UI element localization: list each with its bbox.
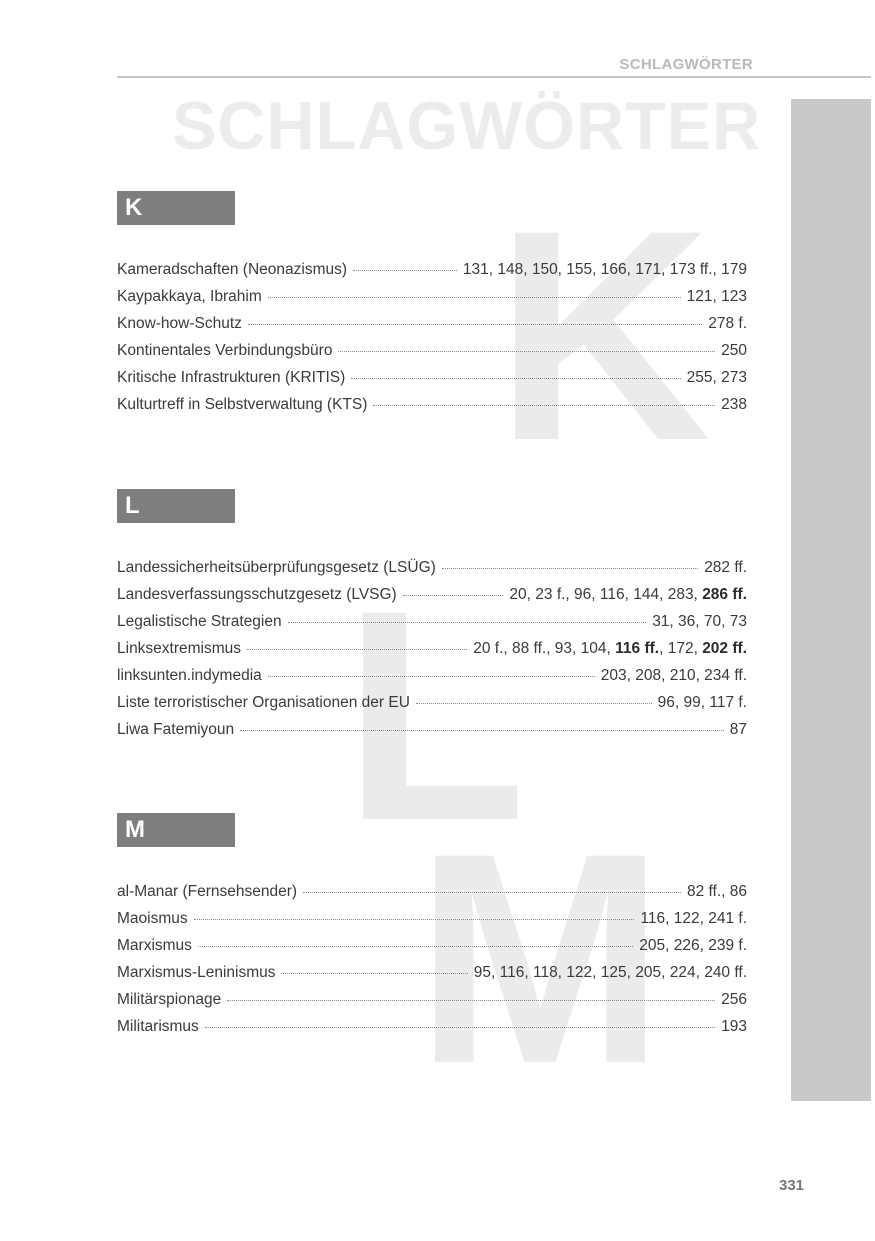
entry-term: Kameradschaften (Neonazismus) xyxy=(117,261,347,279)
entry-term: Landesverfassungsschutzgesetz (LVSG) xyxy=(117,586,397,604)
entry-term: Liste terroristischer Organisationen der… xyxy=(117,694,410,712)
section-letter-heading: K xyxy=(117,191,235,225)
index-entry: Linksextremismus20 f., 88 ff., 93, 104, … xyxy=(117,640,747,667)
page-number: 331 xyxy=(779,1177,804,1194)
chapter-title-watermark: SCHLAGWÖRTER xyxy=(172,92,761,160)
entry-page-refs: 238 xyxy=(721,396,747,414)
entry-term: linksunten.indymedia xyxy=(117,667,262,685)
entry-term: Kaypakkaya, Ibrahim xyxy=(117,288,262,306)
entry-term: Marxismus xyxy=(117,937,192,955)
entry-term: Legalistische Strategien xyxy=(117,613,282,631)
entry-term: Marxismus-Leninismus xyxy=(117,964,275,982)
index-entry: Maoismus116, 122, 241 f. xyxy=(117,910,747,937)
index-section-k: K Kameradschaften (Neonazismus)131, 148,… xyxy=(117,191,747,423)
index-section-m: M al-Manar (Fernsehsender)82 ff., 86Maoi… xyxy=(117,813,747,1045)
entry-page-refs: 31, 36, 70, 73 xyxy=(652,613,747,631)
entry-list: Kameradschaften (Neonazismus)131, 148, 1… xyxy=(117,261,747,423)
dot-leader xyxy=(268,297,681,298)
dot-leader xyxy=(227,1000,715,1001)
entry-page-refs: 250 xyxy=(721,342,747,360)
index-entry: Kaypakkaya, Ibrahim121, 123 xyxy=(117,288,747,315)
dot-leader xyxy=(281,973,467,974)
entry-list: al-Manar (Fernsehsender)82 ff., 86Maoism… xyxy=(117,883,747,1045)
entry-term: Liwa Fatemiyoun xyxy=(117,721,234,739)
entry-page-refs: 82 ff., 86 xyxy=(687,883,747,901)
entry-page-refs: 121, 123 xyxy=(687,288,747,306)
dot-leader xyxy=(268,676,595,677)
entry-page-refs: 131, 148, 150, 155, 166, 171, 173 ff., 1… xyxy=(463,261,747,279)
entry-page-refs: 203, 208, 210, 234 ff. xyxy=(601,667,747,685)
entry-term: Linksextremismus xyxy=(117,640,241,658)
index-entry: linksunten.indymedia203, 208, 210, 234 f… xyxy=(117,667,747,694)
dot-leader xyxy=(353,270,457,271)
entry-page-refs: 20, 23 f., 96, 116, 144, 283, 286 ff. xyxy=(509,586,747,604)
dot-leader xyxy=(205,1027,715,1028)
entry-page-refs: 256 xyxy=(721,991,747,1009)
entry-term: Kulturtreff in Selbstverwaltung (KTS) xyxy=(117,396,367,414)
index-entry: Legalistische Strategien31, 36, 70, 73 xyxy=(117,613,747,640)
entry-list: Landessicherheitsüberprüfungsgesetz (LSÜ… xyxy=(117,559,747,748)
index-entry: Landessicherheitsüberprüfungsgesetz (LSÜ… xyxy=(117,559,747,586)
dot-leader xyxy=(416,703,652,704)
index-entry: al-Manar (Fernsehsender)82 ff., 86 xyxy=(117,883,747,910)
dot-leader xyxy=(288,622,647,623)
index-entry: Kameradschaften (Neonazismus)131, 148, 1… xyxy=(117,261,747,288)
index-entry: Militärspionage256 xyxy=(117,991,747,1018)
entry-term: Maoismus xyxy=(117,910,188,928)
dot-leader xyxy=(247,649,467,650)
entry-page-refs: 116, 122, 241 f. xyxy=(640,910,747,928)
entry-page-refs: 205, 226, 239 f. xyxy=(639,937,747,955)
dot-leader xyxy=(194,919,635,920)
entry-page-refs: 278 f. xyxy=(708,315,747,333)
index-entry: Marxismus205, 226, 239 f. xyxy=(117,937,747,964)
index-entry: Liste terroristischer Organisationen der… xyxy=(117,694,747,721)
entry-term: Kontinentales Verbindungsbüro xyxy=(117,342,332,360)
entry-page-refs: 20 f., 88 ff., 93, 104, 116 ff., 172, 20… xyxy=(473,640,747,658)
entry-term: Kritische Infrastrukturen (KRITIS) xyxy=(117,369,345,387)
index-entry: Landesverfassungsschutzgesetz (LVSG)20, … xyxy=(117,586,747,613)
index-entry: Marxismus-Leninismus95, 116, 118, 122, 1… xyxy=(117,964,747,991)
entry-page-refs: 87 xyxy=(730,721,747,739)
dot-leader xyxy=(303,892,681,893)
entry-term: Landessicherheitsüberprüfungsgesetz (LSÜ… xyxy=(117,559,436,577)
entry-term: Know-how-Schutz xyxy=(117,315,242,333)
dot-leader xyxy=(198,946,633,947)
section-letter-heading: L xyxy=(117,489,235,523)
index-entry: Kritische Infrastrukturen (KRITIS)255, 2… xyxy=(117,369,747,396)
entry-term: al-Manar (Fernsehsender) xyxy=(117,883,297,901)
index-section-l: L Landessicherheitsüberprüfungsgesetz (L… xyxy=(117,489,747,748)
index-entry: Liwa Fatemiyoun87 xyxy=(117,721,747,748)
dot-leader xyxy=(442,568,698,569)
entry-page-refs: 96, 99, 117 f. xyxy=(658,694,747,712)
entry-term: Militarismus xyxy=(117,1018,199,1036)
entry-page-refs: 255, 273 xyxy=(687,369,747,387)
dot-leader xyxy=(248,324,702,325)
section-letter-heading: M xyxy=(117,813,235,847)
thumb-index-tab xyxy=(791,99,871,1101)
entry-page-refs: 193 xyxy=(721,1018,747,1036)
running-head: SCHLAGWÖRTER xyxy=(619,56,753,73)
dot-leader xyxy=(373,405,715,406)
entry-term: Militärspionage xyxy=(117,991,221,1009)
index-entry: Know-how-Schutz278 f. xyxy=(117,315,747,342)
dot-leader xyxy=(403,595,504,596)
index-entry: Kontinentales Verbindungsbüro250 xyxy=(117,342,747,369)
index-entry: Kulturtreff in Selbstverwaltung (KTS)238 xyxy=(117,396,747,423)
entry-page-refs: 95, 116, 118, 122, 125, 205, 224, 240 ff… xyxy=(474,964,747,982)
dot-leader xyxy=(351,378,680,379)
index-entry: Militarismus193 xyxy=(117,1018,747,1045)
entry-page-refs: 282 ff. xyxy=(704,559,747,577)
dot-leader xyxy=(240,730,724,731)
dot-leader xyxy=(338,351,715,352)
header-rule xyxy=(117,76,871,78)
